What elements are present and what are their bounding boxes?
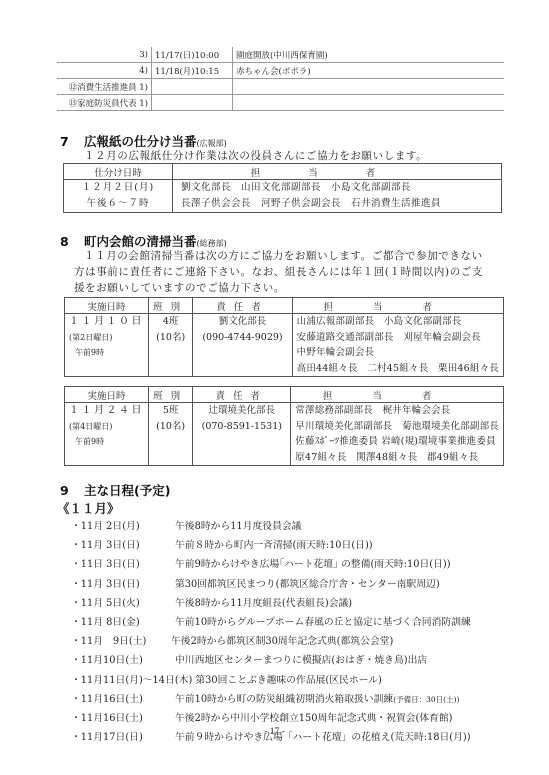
list-item: ・11月 2日(月)午後8時から11月度役員会議 <box>71 517 471 536</box>
table-row: １２月２日(月) 午後６～７時 劉文化部長 山田文化部副部長 小島文化部副部長 … <box>64 180 502 213</box>
row-datetime <box>152 79 233 95</box>
row-event <box>233 79 505 95</box>
list-item: ・11月 3日(日)第30回都筑区民まつり(都筑区総合庁舎・センター南駅周辺) <box>71 575 471 594</box>
row-datetime: 11/18(月)10:15 <box>152 63 233 79</box>
section-7-intro: １２月の広報紙仕分け作業は次の役員さんにご協力をお願いします。 <box>84 148 427 164</box>
newsletter-sorting-table: 仕分け日時 担当者 １２月２日(月) 午後６～７時 劉文化部長 山田文化部副部長… <box>63 163 502 213</box>
list-item: ・11月 9日(土)午後2時から都筑区制30周年記念式典(都筑公会堂) <box>71 632 471 651</box>
cleaning-duty-table-1: 実施日時 班別 責任者 担当者 １１月１０日 (第2日曜日) 午前9時 4班 (… <box>64 297 504 377</box>
row-label: ⑫消費生活推進員 1) <box>57 79 152 95</box>
row-datetime <box>152 95 233 111</box>
row-event: 赤ちゃん会(ポポラ) <box>233 63 505 79</box>
row-event: 園庭開放(中川西保育園) <box>233 47 505 63</box>
section-number: 8 <box>60 234 84 249</box>
list-item: ・11月 3日(日)午前８時から町内一斉清掃(雨天時:10日(日)) <box>71 536 471 555</box>
section-dept: (総務部) <box>197 239 227 248</box>
duty-members: 常澤総務部副部長 梶井年輪会会長 早川環境美化部副部長 菊池環境美化部副部長 佐… <box>291 403 504 466</box>
sorting-date: １２月２日(月) 午後６～７時 <box>64 180 173 213</box>
list-item: ・11月10日(土)中川西地区センターまつりに模擬店(おはぎ・焼き鳥)出店 <box>71 651 471 670</box>
duty-date: １１月２４日 (第4日曜日) 午前9時 <box>65 403 149 466</box>
duty-group: 4班 (10名) <box>149 314 193 377</box>
header-group: 班別 <box>149 387 193 403</box>
page-number: - 17 - <box>0 727 549 737</box>
section-9-heading: 9主な日程(予定) <box>60 481 170 499</box>
section-8-intro-line: １１月の会館清掃当番は次の方にご協力をお願いします。ご都合で参加できない <box>84 248 483 264</box>
table-row: １１月２４日 (第4日曜日) 午前9時 5班 (10名) 辻環境美化部長 (07… <box>65 403 504 466</box>
section-number: 7 <box>60 134 84 149</box>
table-row: 3) 11/17(日)10:00 園庭開放(中川西保育園) <box>57 47 504 63</box>
row-label: 4) <box>57 63 152 79</box>
month-heading: 《１１月》 <box>57 499 120 517</box>
section-dept: (広報部) <box>197 139 227 148</box>
row-label: ⑬家庭防災員代表 1) <box>57 95 152 111</box>
table-header-row: 仕分け日時 担当者 <box>64 164 502 180</box>
header-members: 担当者 <box>291 387 504 403</box>
document-page: 3) 11/17(日)10:00 園庭開放(中川西保育園) 4) 11/18(月… <box>0 0 549 775</box>
header-responsible: 責任者 <box>193 298 292 314</box>
section-number: 9 <box>60 483 84 498</box>
table-header-row: 実施日時 班別 責任者 担当者 <box>65 298 504 314</box>
schedule-list: ・11月 2日(月)午後8時から11月度役員会議 ・11月 3日(日)午前８時か… <box>71 517 471 747</box>
duty-responsible: 劉文化部長 (090-4744-9029) <box>193 314 292 377</box>
section-8-intro-line: 方は事前に責任者にご連絡下さい。なお、組長さんには年１回(１時間以内)のご支 <box>74 264 483 280</box>
row-label: 3) <box>57 47 152 63</box>
header-date: 実施日時 <box>65 387 149 403</box>
list-item: ・11月16日(土)午後2時から中川小学校創立150周年記念式典・祝賀会(体育館… <box>71 709 471 728</box>
list-item: ・11月16日(土)午前10時から町の防災組織初期消火箱取扱い訓練(予備日：30… <box>71 690 471 709</box>
table-row: ⑫消費生活推進員 1) <box>57 79 504 95</box>
list-item: ・11月11日(月)～14日(木) 第30回ことぶき趣味の作品展(区民ホール) <box>71 671 471 690</box>
table-row: １１月１０日 (第2日曜日) 午前9時 4班 (10名) 劉文化部長 (090-… <box>65 314 504 377</box>
cleaning-duty-table-2: 実施日時 班別 責任者 担当者 １１月２４日 (第4日曜日) 午前9時 5班 (… <box>64 386 504 466</box>
table-row: 4) 11/18(月)10:15 赤ちゃん会(ポポラ) <box>57 63 504 79</box>
row-event <box>233 95 505 111</box>
header-group: 班別 <box>149 298 193 314</box>
event-continuation-table: 3) 11/17(日)10:00 園庭開放(中川西保育園) 4) 11/18(月… <box>57 47 504 111</box>
duty-responsible: 辻環境美化部長 (070-8591-1531) <box>193 403 291 466</box>
header-date: 仕分け日時 <box>64 164 173 180</box>
duty-members: 山浦広報部副部長 小島文化部副部長 安藤道路交通部副部長 刈屋年輪会副会長 中野… <box>292 314 503 377</box>
sorting-members: 劉文化部長 山田文化部副部長 小島文化部副部長 長澤子供会会長 河野子供会副会長… <box>173 180 502 213</box>
header-responsible: 責任者 <box>193 387 291 403</box>
section-title: 主な日程(予定) <box>84 483 170 498</box>
duty-date: １１月１０日 (第2日曜日) 午前9時 <box>65 314 149 377</box>
section-title: 広報紙の仕分け当番 <box>84 134 197 149</box>
duty-group: 5班 (10名) <box>149 403 193 466</box>
header-date: 実施日時 <box>65 298 149 314</box>
header-members: 担当者 <box>173 164 502 180</box>
section-title: 町内会館の清掃当番 <box>84 234 197 249</box>
list-item: ・11月 8日(金)午前10時からグループホーム春風の丘と協定に基づく合同消防訓… <box>71 613 471 632</box>
table-header-row: 実施日時 班別 責任者 担当者 <box>65 387 504 403</box>
section-8-intro-line: 援をお願いしていますのでご協力下さい。 <box>74 280 285 296</box>
row-datetime: 11/17(日)10:00 <box>152 47 233 63</box>
list-item: ・11月 5日(火)午後8時から11月度組長(代表組長)会議) <box>71 594 471 613</box>
list-item: ・11日 3日(日)午前9時からけやき広場｢ハート花壇｣ の整備(雨天時:10日… <box>71 555 471 574</box>
table-row: ⑬家庭防災員代表 1) <box>57 95 504 111</box>
header-members: 担当者 <box>292 298 503 314</box>
